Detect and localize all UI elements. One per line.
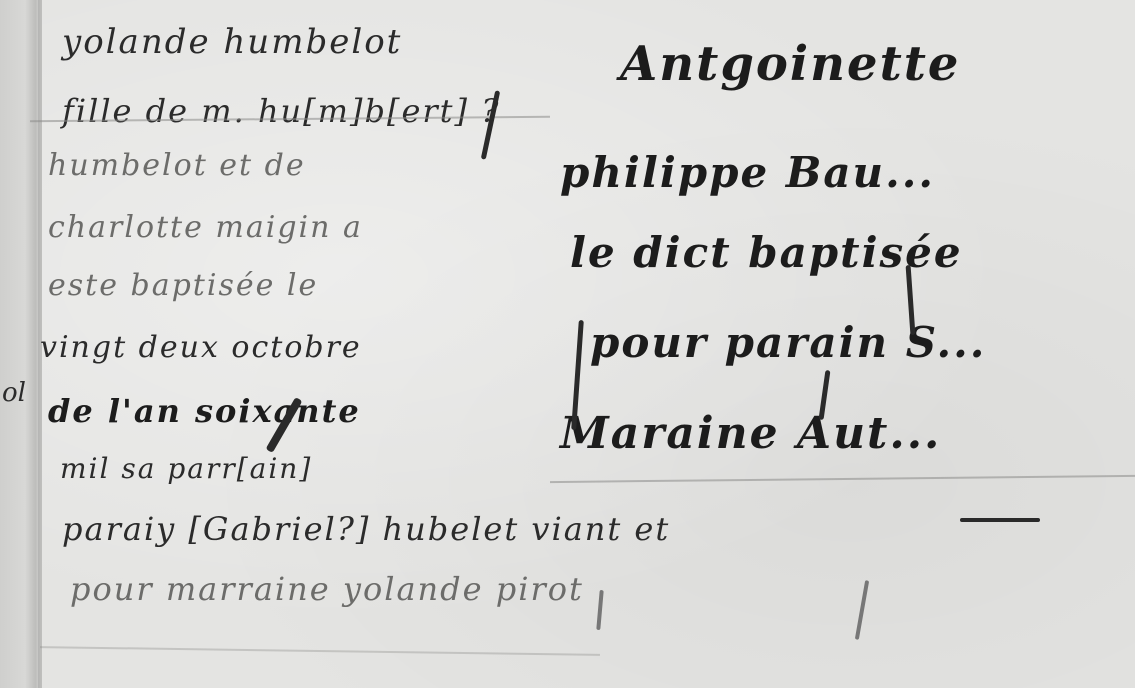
pen-stroke xyxy=(855,580,869,640)
ruled-line xyxy=(550,475,1135,483)
right-line-4: pour parain S... xyxy=(590,318,986,367)
left-line-9: paraiy [Gabriel?] hubelet viant et xyxy=(62,510,670,548)
manuscript-page: ol yolande humbelot fille de m. hu[m]b[e… xyxy=(0,0,1135,688)
page-binding xyxy=(0,0,42,688)
left-line-7: de l'an soixante xyxy=(48,392,361,430)
right-line-2: philippe Bau... xyxy=(560,148,935,197)
pen-stroke xyxy=(960,518,1040,522)
margin-note: ol xyxy=(2,378,26,408)
left-line-1: yolande humbelot xyxy=(62,22,402,62)
left-line-8: mil sa parr[ain] xyxy=(60,452,312,485)
right-line-1: Antgoinette xyxy=(620,36,960,92)
left-line-6: vingt deux octobre xyxy=(40,330,362,365)
right-line-5: Maraine Aut... xyxy=(560,408,941,459)
right-line-3: le dict baptisée xyxy=(570,228,963,277)
ruled-line xyxy=(40,646,600,656)
left-line-4: charlotte maigin a xyxy=(48,210,363,245)
left-line-3: humbelot et de xyxy=(48,148,306,183)
left-line-2: fille de m. hu[m]b[ert] ? xyxy=(62,92,500,130)
left-line-10: pour marraine yolande pirot xyxy=(70,570,584,608)
left-line-5: este baptisée le xyxy=(48,268,318,303)
pen-stroke xyxy=(596,590,603,630)
